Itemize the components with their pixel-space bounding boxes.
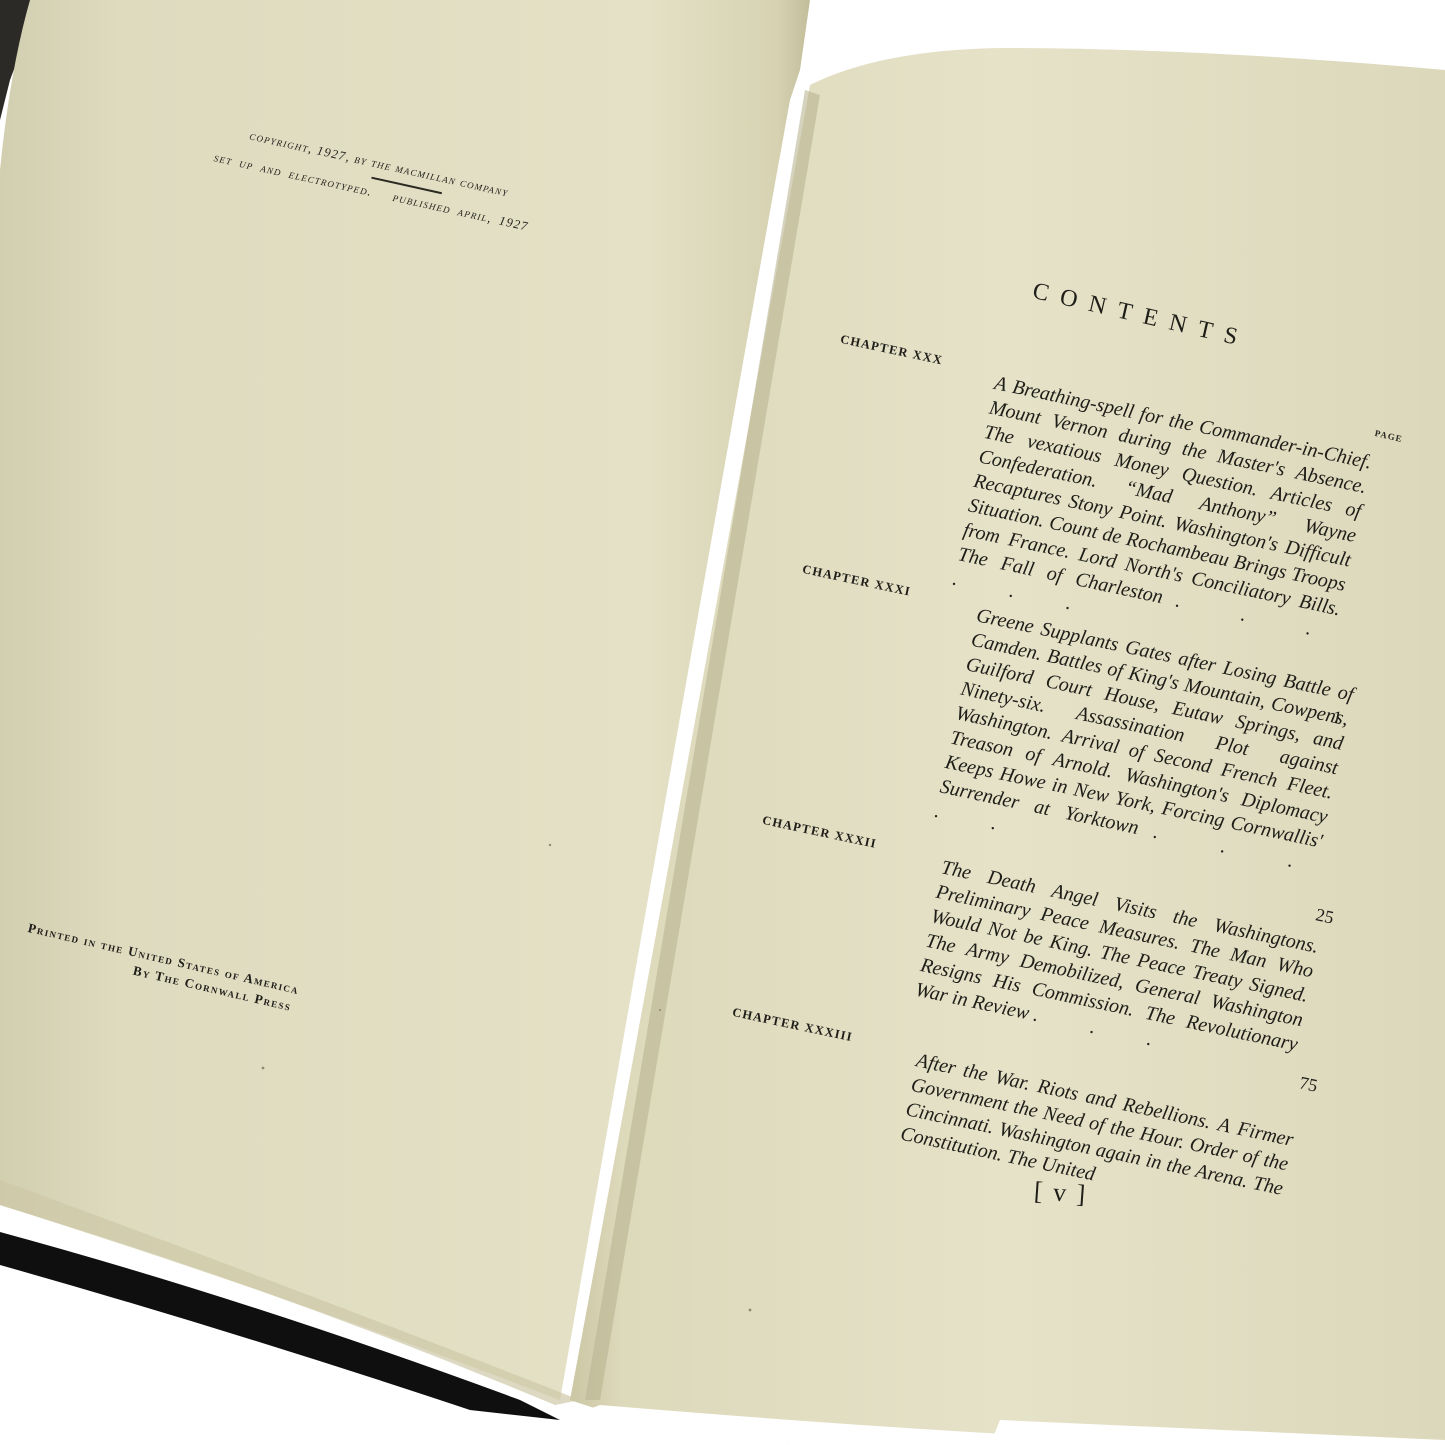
page-folio: [ v ] (1033, 1176, 1088, 1210)
book-photo: Copyright, 1927, by the Macmillan Compan… (0, 0, 1445, 1445)
page-column-label: PAGE (1374, 428, 1404, 444)
page-number: 25 (1314, 904, 1336, 928)
toc-entry: CHAPTER XXX A Breathing-spell for the Co… (842, 332, 1445, 461)
contents-page: CONTENTS PAGE CHAPTER XXX A Breathing-sp… (800, 270, 1440, 1230)
chapter-label: CHAPTER XXX (839, 332, 944, 368)
page-number: 75 (1297, 1072, 1319, 1096)
chapter-label: CHAPTER XXXI (801, 562, 912, 600)
contents-title: CONTENTS (1030, 278, 1252, 354)
chapter-description: After the War. Riots and Rebellions. A F… (898, 1048, 1295, 1226)
